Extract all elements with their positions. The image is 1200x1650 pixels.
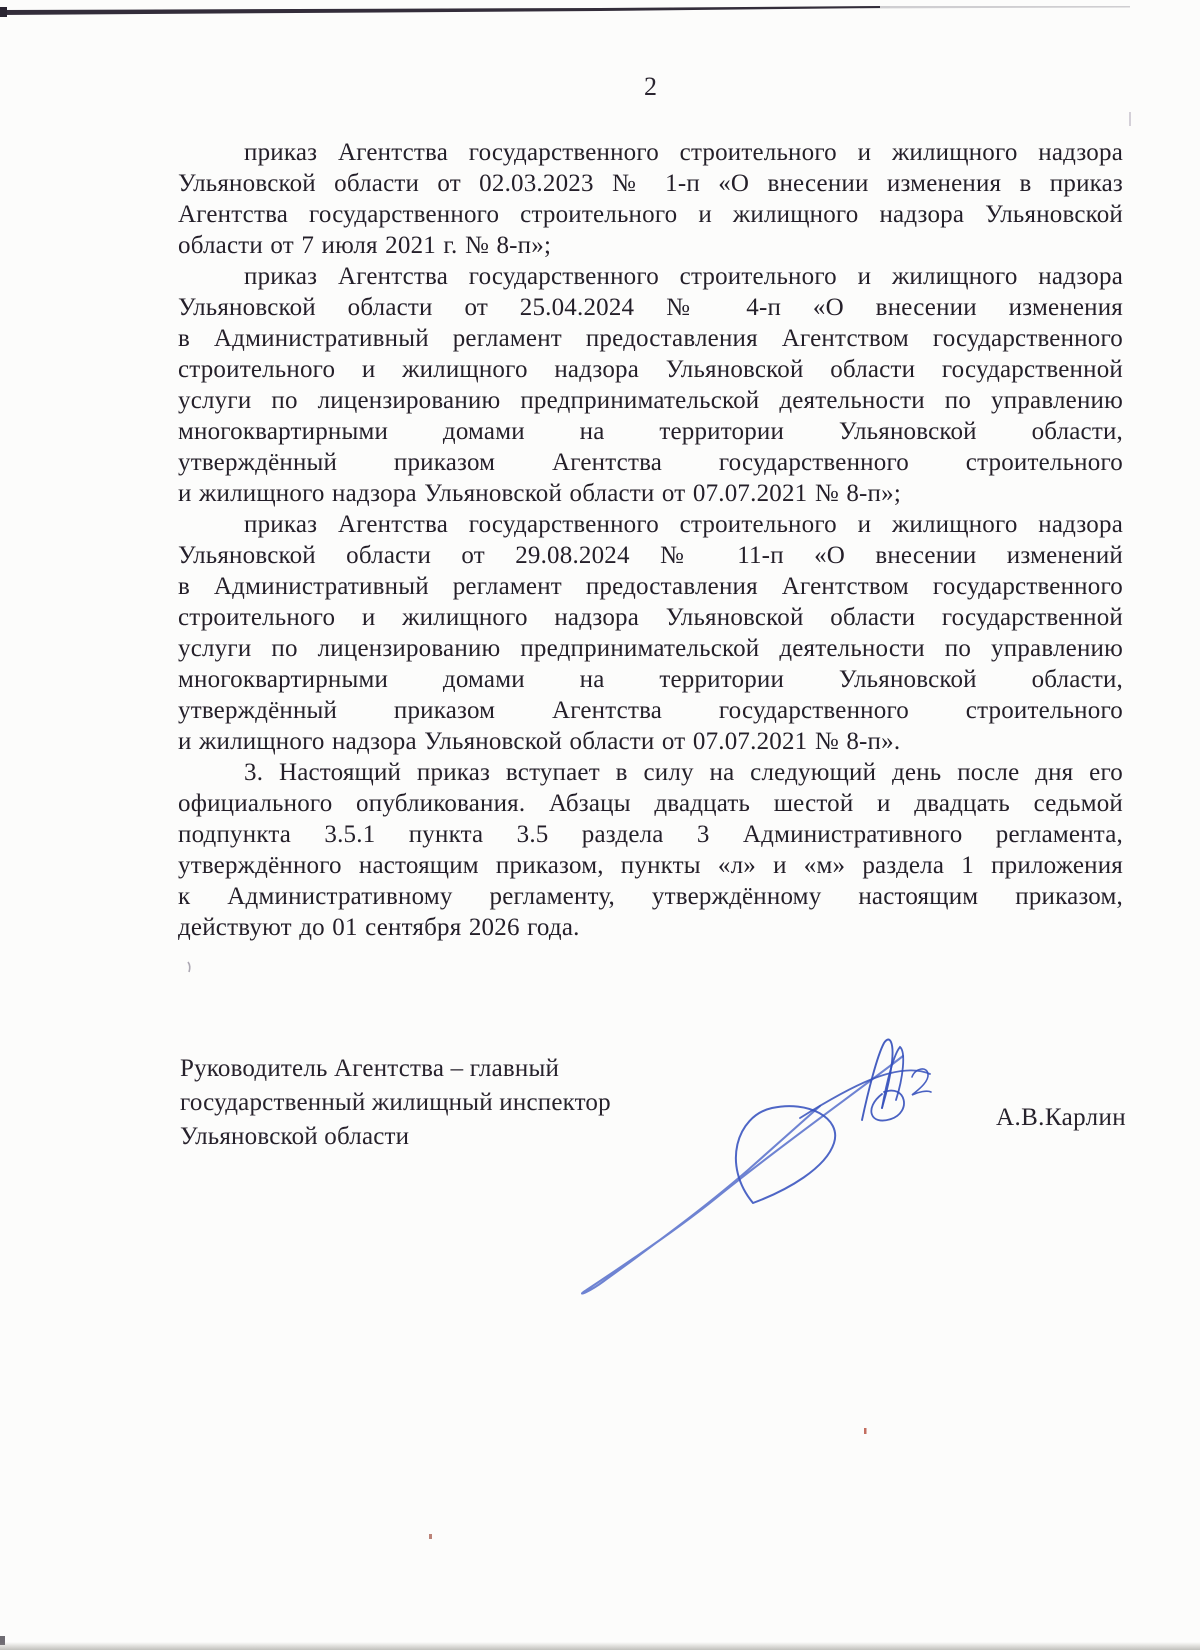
text-line: многоквартирными домами на территории Ул…: [178, 416, 1123, 447]
signatory-title-line: Руководитель Агентства – главный: [180, 1052, 740, 1086]
text-line: строительного и жилищного надзора Ульяно…: [178, 602, 1123, 633]
text-line: приказ Агентства государственного строит…: [178, 137, 1123, 168]
text-line: в Административный регламент предоставле…: [178, 323, 1123, 354]
text-line: подпункта 3.5.1 пункта 3.5 раздела 3 Адм…: [178, 819, 1123, 850]
text-line: Ульяновской области от 25.04.2024 № 4-п …: [178, 292, 1123, 323]
text-line: утверждённого настоящим приказом, пункты…: [178, 850, 1123, 881]
text-line: области от 7 июля 2021 г. № 8-п»;: [178, 230, 1123, 261]
text-line: приказ Агентства государственного строит…: [178, 261, 1123, 292]
ink-speck: [864, 1428, 867, 1434]
scanned-document-page: 2 приказ Агентства государственного стро…: [0, 0, 1200, 1650]
scan-speck: [1129, 112, 1131, 126]
text-line: строительного и жилищного надзора Ульяно…: [178, 354, 1123, 385]
scan-edge-bottom: [0, 1642, 1200, 1650]
text-line: и жилищного надзора Ульяновской области …: [178, 478, 1123, 509]
text-line: приказ Агентства государственного строит…: [178, 509, 1123, 540]
text-line: в Административный регламент предоставле…: [178, 571, 1123, 602]
document-body: приказ Агентства государственного строит…: [178, 137, 1123, 943]
signatory-name: А.В.Карлин: [996, 1104, 1126, 1132]
text-line: утверждённый приказом Агентства государс…: [178, 447, 1123, 478]
text-line: Ульяновской области от 02.03.2023 № 1-п …: [178, 168, 1123, 199]
scan-edge-top: [0, 6, 1130, 17]
text-line: услуги по лицензированию предприниматель…: [178, 385, 1123, 416]
text-line: Ульяновской области от 29.08.2024 № 11-п…: [178, 540, 1123, 571]
text-line: утверждённый приказом Агентства государс…: [178, 695, 1123, 726]
signatory-title-line: Ульяновской области: [180, 1120, 740, 1154]
signatory-title-block: Руководитель Агентства – главный государ…: [180, 1052, 740, 1154]
pen-tick: [188, 962, 190, 972]
text-line: услуги по лицензированию предприниматель…: [178, 633, 1123, 664]
signatory-title-line: государственный жилищный инспектор: [180, 1086, 740, 1120]
text-line: Агентства государственного строительного…: [178, 199, 1123, 230]
text-line: 3. Настоящий приказ вступает в силу на с…: [178, 757, 1123, 788]
text-line: и жилищного надзора Ульяновской области …: [178, 726, 1123, 757]
text-line: действуют до 01 сентября 2026 года.: [178, 912, 1123, 943]
page-number: 2: [178, 72, 1123, 102]
text-line: официального опубликования. Абзацы двадц…: [178, 788, 1123, 819]
text-line: многоквартирными домами на территории Ул…: [178, 664, 1123, 695]
ink-speck: [429, 1534, 432, 1539]
text-line: к Административному регламенту, утверждё…: [178, 881, 1123, 912]
